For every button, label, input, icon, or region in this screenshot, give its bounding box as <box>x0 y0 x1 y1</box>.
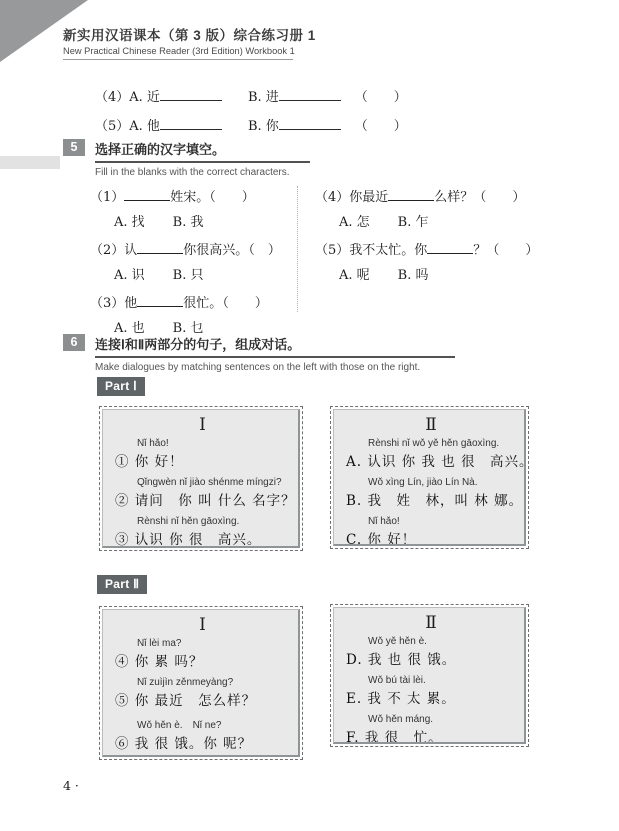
hanzi-line: D. 我 也 很 饿。 <box>346 648 516 668</box>
hanzi-line: ② 请问 你 叫 什么 名字？ <box>115 489 290 509</box>
sentence-row: Nǐ lèi ma? ④ 你 累 吗？ <box>115 638 290 670</box>
roman-numeral-heading: Ⅱ <box>346 415 516 435</box>
item-5-option-b: B. 你 <box>248 119 279 134</box>
item-text-after: 么样？ <box>434 190 473 205</box>
pinyin-line: Nǐ hǎo! <box>346 516 516 527</box>
hanzi-line: C. 你 好！ <box>346 528 516 546</box>
part-2-column-2-panel: Ⅱ Wǒ yě hěn è. D. 我 也 很 饿。 Wǒ bú tài lèi… <box>333 607 526 744</box>
item-number: （4） <box>315 190 349 205</box>
option-b: B. 只 <box>173 268 204 283</box>
item-4-option-b: B. 进 <box>248 90 279 105</box>
hanzi-line: ① 你 好！ <box>115 450 290 470</box>
fill-blank <box>124 188 170 201</box>
pinyin-line: Nǐ lèi ma? <box>115 638 290 649</box>
workbook-page: 新实用汉语课本（第 3 版）综合练习册 1 New Practical Chin… <box>0 0 619 831</box>
section-5-title-zh: 选择正确的汉字填空。 <box>95 139 310 163</box>
part-2-column-1-box: Ⅰ Nǐ lèi ma? ④ 你 累 吗？ Nǐ zuìjìn zěnmeyàn… <box>99 606 303 760</box>
roman-numeral-heading: Ⅰ <box>115 415 290 435</box>
header-title-en: New Practical Chinese Reader (3rd Editio… <box>63 46 293 56</box>
option-a: A. 找 <box>114 215 145 230</box>
part-1-column-2-box: Ⅱ Rènshi nǐ wǒ yě hěn gāoxìng. A. 认识 你 我… <box>330 406 529 549</box>
section-6: 6 连接Ⅰ和Ⅱ两部分的句子，组成对话。 Make dialogues by ma… <box>63 334 455 373</box>
part-1-label: Part Ⅰ <box>97 377 145 396</box>
section-6-number-badge: 6 <box>63 334 85 351</box>
header-title-zh: 新实用汉语课本（第 3 版）综合练习册 1 <box>63 24 293 44</box>
sentence-row: Nǐ zuìjìn zěnmeyàng? ⑤ 你 最近 怎么样？ <box>115 677 290 709</box>
pinyin-line: Wǒ hěn è. Nǐ ne? <box>115 716 290 731</box>
pinyin-line: Rènshi nǐ wǒ yě hěn gāoxìng. <box>346 438 516 449</box>
carryover-items: （4）A. 近B. 进（ ） （5）A. 他B. 你（ ） <box>95 86 407 144</box>
option-b: B. 乍 <box>398 215 429 230</box>
section-6-header: 连接Ⅰ和Ⅱ两部分的句子，组成对话。 Make dialogues by matc… <box>95 334 455 373</box>
item-text-before: 你最近 <box>349 190 388 205</box>
option-a: A. 呢 <box>339 268 370 283</box>
blank-line <box>160 87 222 101</box>
hanzi-line: ⑥ 我 很 饿。你 呢？ <box>115 732 290 752</box>
item-text-after: 姓宋。 <box>170 190 209 205</box>
exercise-item-options: A. 怎B. 乍 <box>339 211 555 230</box>
option-b: B. 我 <box>173 215 204 230</box>
item-text-after: 你很高兴。 <box>183 243 248 258</box>
option-a: A. 识 <box>114 268 145 283</box>
part-2-label: Part Ⅱ <box>97 575 147 594</box>
item-text-before: 认 <box>124 243 137 258</box>
pinyin-line: Wǒ hěn máng. <box>346 714 516 725</box>
part-1-column-2-panel: Ⅱ Rènshi nǐ wǒ yě hěn gāoxìng. A. 认识 你 我… <box>333 409 526 546</box>
page-edge-tab <box>0 156 60 169</box>
exercise-item-line: （1）姓宋。（ ） <box>90 186 295 205</box>
exercise-item-options: A. 呢B. 吗 <box>339 264 555 283</box>
exercise-item-line: （4）你最近么样？（ ） <box>315 186 555 205</box>
item-number: （2） <box>90 243 124 258</box>
item-text-after: ？ <box>473 243 486 258</box>
section-5-title-en: Fill in the blanks with the correct char… <box>95 167 310 178</box>
item-5-row: （5）A. 他B. 你（ ） <box>95 115 407 134</box>
sentence-row: Wǒ hěn è. Nǐ ne? ⑥ 我 很 饿。你 呢？ <box>115 716 290 752</box>
answer-parentheses: （ ） <box>355 90 407 105</box>
part-2-column-2-box: Ⅱ Wǒ yě hěn è. D. 我 也 很 饿。 Wǒ bú tài lèi… <box>330 604 529 747</box>
page-header: 新实用汉语课本（第 3 版）综合练习册 1 New Practical Chin… <box>63 24 293 60</box>
item-number: （5） <box>315 243 349 258</box>
exercise-5-left-column: （1）姓宋。（ ） A. 找B. 我 （2）认你很高兴。（ ） A. 识B. 只… <box>90 186 295 345</box>
section-6-title-zh: 连接Ⅰ和Ⅱ两部分的句子，组成对话。 <box>95 334 455 358</box>
exercise-item-options: A. 识B. 只 <box>114 264 295 283</box>
item-4-row: （4）A. 近B. 进（ ） <box>95 86 407 105</box>
sentence-row: Wǒ yě hěn è. D. 我 也 很 饿。 <box>346 636 516 668</box>
exercise-item-line: （2）认你很高兴。（ ） <box>90 239 295 258</box>
part-1-column-1-panel: Ⅰ Nǐ hǎo! ① 你 好！ Qǐngwèn nǐ jiào shénme … <box>102 409 300 548</box>
fill-blank <box>388 188 434 201</box>
part-1-column-1-box: Ⅰ Nǐ hǎo! ① 你 好！ Qǐngwèn nǐ jiào shénme … <box>99 406 303 551</box>
pinyin-line: Wǒ bú tài lèi. <box>346 675 516 686</box>
hanzi-line: B. 我 姓 林，叫 林 娜。 <box>346 489 516 509</box>
roman-numeral-heading: Ⅰ <box>115 615 290 635</box>
item-4-option-a: （4）A. 近 <box>95 90 160 105</box>
fill-blank <box>427 241 473 254</box>
exercise-item-line: （3）他很忙。（ ） <box>90 292 295 311</box>
section-5: 5 选择正确的汉字填空。 Fill in the blanks with the… <box>63 139 310 178</box>
item-text-before: 我不太忙。你 <box>349 243 427 258</box>
pinyin-line: Wǒ yě hěn è. <box>346 636 516 647</box>
fill-blank <box>137 294 183 307</box>
hanzi-line: E. 我 不 太 累。 <box>346 687 516 707</box>
hanzi-line: ⑤ 你 最近 怎么样？ <box>115 689 290 709</box>
exercise-item-line: （5）我不太忙。你？（ ） <box>315 239 555 258</box>
pinyin-line: Nǐ hǎo! <box>115 438 290 449</box>
pinyin-line: Qǐngwèn nǐ jiào shénme míngzi? <box>115 477 290 488</box>
answer-parentheses: （ ） <box>473 190 525 205</box>
fill-blank <box>137 241 183 254</box>
sentence-row: Rènshi nǐ wǒ yě hěn gāoxìng. A. 认识 你 我 也… <box>346 438 516 470</box>
option-a: A. 怎 <box>339 215 370 230</box>
sentence-row: Nǐ hǎo! C. 你 好！ <box>346 516 516 546</box>
hanzi-line: A. 认识 你 我 也 很 高兴。 <box>346 450 516 470</box>
item-number: （3） <box>90 296 124 311</box>
roman-numeral-heading: Ⅱ <box>346 613 516 633</box>
item-text-after: 很忙。 <box>183 296 222 311</box>
answer-parentheses: （ ） <box>248 243 281 258</box>
sentence-row: Qǐngwèn nǐ jiào shénme míngzi? ② 请问 你 叫 … <box>115 477 290 509</box>
answer-parentheses: （ ） <box>209 190 255 205</box>
exercise-item-options: A. 找B. 我 <box>114 211 295 230</box>
page-number: 4 · <box>63 778 79 793</box>
hanzi-line: ④ 你 累 吗？ <box>115 650 290 670</box>
item-text-before: 他 <box>124 296 137 311</box>
answer-parentheses: （ ） <box>486 243 538 258</box>
answer-parentheses: （ ） <box>222 296 268 311</box>
sentence-row: Rènshi nǐ hěn gāoxìng. ③ 认识 你 很 高兴。 <box>115 516 290 548</box>
hanzi-line: ③ 认识 你 很 高兴。 <box>115 528 290 548</box>
option-b: B. 吗 <box>398 268 429 283</box>
section-6-title-en: Make dialogues by matching sentences on … <box>95 362 455 373</box>
sentence-row: Nǐ hǎo! ① 你 好！ <box>115 438 290 470</box>
blank-line <box>279 116 341 130</box>
answer-parentheses: （ ） <box>355 119 407 134</box>
item-5-option-a: （5）A. 他 <box>95 119 160 134</box>
pinyin-line: Nǐ zuìjìn zěnmeyàng? <box>115 677 290 688</box>
sentence-row: Wǒ bú tài lèi. E. 我 不 太 累。 <box>346 675 516 707</box>
section-5-header: 选择正确的汉字填空。 Fill in the blanks with the c… <box>95 139 310 178</box>
exercise-5-right-column: （4）你最近么样？（ ） A. 怎B. 乍 （5）我不太忙。你？（ ） A. 呢… <box>315 186 555 292</box>
section-5-number-badge: 5 <box>63 139 85 156</box>
part-2-column-1-panel: Ⅰ Nǐ lèi ma? ④ 你 累 吗？ Nǐ zuìjìn zěnmeyàn… <box>102 609 300 757</box>
pinyin-line: Rènshi nǐ hěn gāoxìng. <box>115 516 290 527</box>
hanzi-line: F. 我 很 忙。 <box>346 726 516 744</box>
blank-line <box>279 87 341 101</box>
sentence-row: Wǒ hěn máng. F. 我 很 忙。 <box>346 714 516 744</box>
column-divider <box>297 186 298 312</box>
blank-line <box>160 116 222 130</box>
pinyin-line: Wǒ xìng Lín, jiào Lín Nà. <box>346 477 516 488</box>
item-number: （1） <box>90 190 124 205</box>
sentence-row: Wǒ xìng Lín, jiào Lín Nà. B. 我 姓 林，叫 林 娜… <box>346 477 516 509</box>
